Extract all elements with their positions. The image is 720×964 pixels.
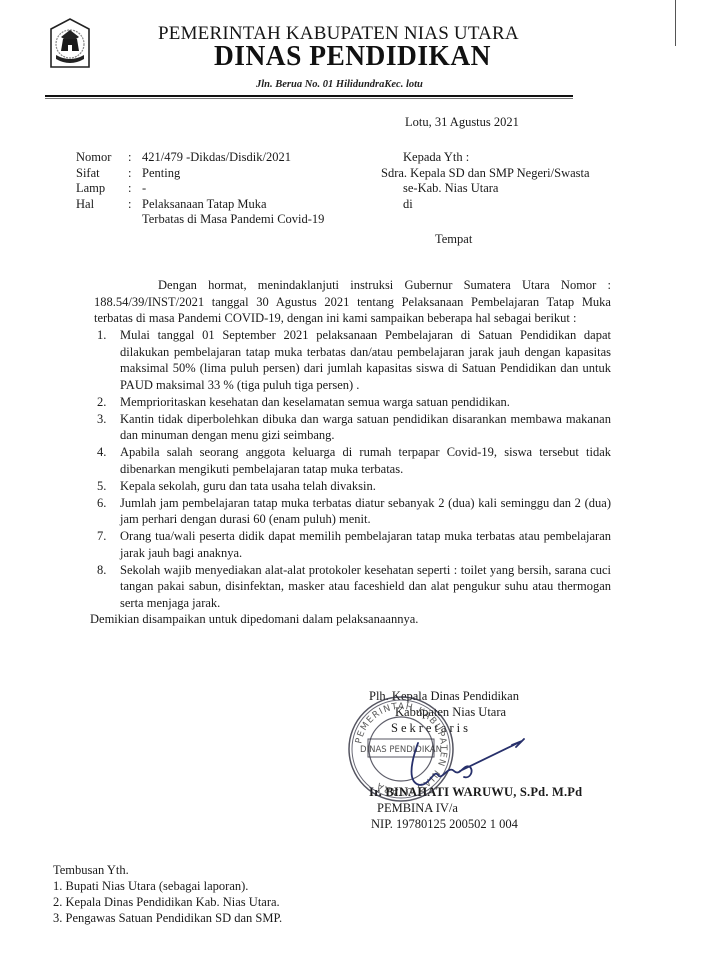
meta-value: - [142,181,146,197]
item-number: 8. [97,562,106,579]
item-text: Mulai tanggal 01 September 2021 pelaksan… [120,328,611,392]
recipient-place: Tempat [435,232,472,247]
list-item: 5.Kepala sekolah, guru dan tata usaha te… [94,478,611,495]
cc-item: 2. Kepala Dinas Pendidikan Kab. Nias Uta… [53,894,282,910]
meta-value: Terbatas di Masa Pandemi Covid-19 [142,212,324,228]
item-number: 6. [97,495,106,512]
item-number: 4. [97,444,106,461]
meta-row-hal: Hal : Pelaksanaan Tatap Muka [76,197,324,213]
meta-label [76,212,124,228]
list-item: 2.Memprioritaskan kesehatan dan keselama… [94,394,611,411]
cc-heading: Tembusan Yth. [53,862,282,878]
item-number: 2. [97,394,106,411]
meta-row-lamp: Lamp : - [76,181,324,197]
recipient-di: di [403,197,590,213]
item-text: Kepala sekolah, guru dan tata usaha tela… [120,479,376,493]
cc-item: 3. Pengawas Satuan Pendidikan SD dan SMP… [53,910,282,926]
meta-value: Pelaksanaan Tatap Muka [142,197,267,213]
meta-colon: : [124,197,142,213]
letter-meta: Nomor : 421/479 -Dikdas/Disdik/2021 Sifa… [76,150,324,228]
item-number: 1. [97,327,106,344]
meta-label: Nomor [76,150,124,166]
item-text: Sekolah wajib menyediakan alat-alat prot… [120,563,611,610]
scan-edge-line [675,0,676,46]
meta-label: Lamp [76,181,124,197]
list-item: 4.Apabila salah seorang anggota keluarga… [94,444,611,477]
letterhead-rule-thin [45,98,573,99]
meta-value: Penting [142,166,180,182]
item-text: Kantin tidak diperbolehkan dibuka dan wa… [120,412,611,443]
meta-label: Sifat [76,166,124,182]
meta-colon: : [124,150,142,166]
carbon-copy-block: Tembusan Yth. 1. Bupati Nias Utara (seba… [53,862,282,926]
letter-body: Dengan hormat, menindaklanjuti instruksi… [94,277,611,628]
letterhead-office: DINAS PENDIDIKAN [214,41,491,73]
meta-colon: : [124,181,142,197]
recipient-greeting: Kepada Yth : [403,150,590,166]
letter-date: Lotu, 31 Agustus 2021 [405,115,519,130]
list-item: 3.Kantin tidak diperbolehkan dibuka dan … [94,411,611,444]
recipient-to: Sdra. Kepala SD dan SMP Negeri/Swasta [381,166,590,182]
body-closing: Demikian disampaikan untuk dipedomani da… [90,611,611,628]
handwritten-signature-icon [400,735,530,795]
item-text: Memprioritaskan kesehatan dan keselamata… [120,395,510,409]
body-intro: Dengan hormat, menindaklanjuti instruksi… [94,277,611,327]
meta-colon [124,212,142,228]
item-text: Orang tua/wali peserta didik dapat memil… [120,529,611,560]
item-number: 5. [97,478,106,495]
meta-colon: : [124,166,142,182]
list-item: 1.Mulai tanggal 01 September 2021 pelaks… [94,327,611,393]
recipient-block: Kepada Yth : Sdra. Kepala SD dan SMP Neg… [403,150,590,212]
list-item: 8.Sekolah wajib menyediakan alat-alat pr… [94,562,611,612]
recipient-area: se-Kab. Nias Utara [403,181,590,197]
list-item: 6.Jumlah jam pembelajaran tatap muka ter… [94,495,611,528]
signatory-nip: NIP. 19780125 200502 1 004 [369,816,582,832]
meta-row-hal-cont: Terbatas di Masa Pandemi Covid-19 [76,212,324,228]
item-text: Jumlah jam pembelajaran tatap muka terba… [120,496,611,527]
letterhead-rule [45,95,573,97]
regency-crest-icon [49,17,91,69]
meta-row-nomor: Nomor : 421/479 -Dikdas/Disdik/2021 [76,150,324,166]
list-item: 7.Orang tua/wali peserta didik dapat mem… [94,528,611,561]
item-text: Apabila salah seorang anggota keluarga d… [120,445,611,476]
item-number: 3. [97,411,106,428]
letter-page: PEMERINTAH KABUPATEN NIAS UTARA DINAS PE… [0,0,720,964]
meta-row-sifat: Sifat : Penting [76,166,324,182]
instruction-list: 1.Mulai tanggal 01 September 2021 pelaks… [94,327,611,611]
meta-label: Hal [76,197,124,213]
letterhead-address: Jln. Berua No. 01 HilidundraKec. lotu [256,79,423,90]
item-number: 7. [97,528,106,545]
cc-item: 1. Bupati Nias Utara (sebagai laporan). [53,878,282,894]
meta-value: 421/479 -Dikdas/Disdik/2021 [142,150,291,166]
